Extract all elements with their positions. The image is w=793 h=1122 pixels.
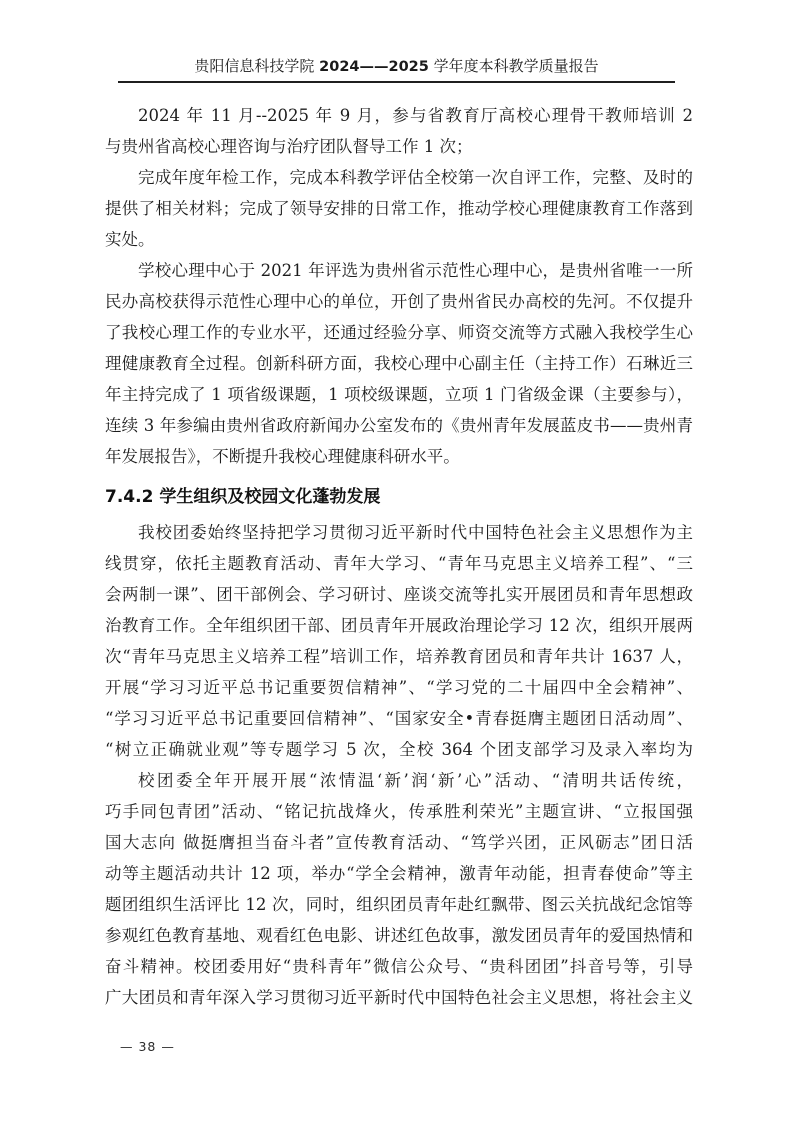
text-line: 与贵州省高校心理咨询与治疗团队督导工作 1 次； [105, 131, 693, 162]
text-line: 巧手同包青团”活动、“铭记抗战烽火，传承胜利荣光”主题宣讲、“立报国强 [105, 796, 693, 827]
header-title-years: 2024——2025 [319, 59, 429, 75]
header-title-suffix: 学年度本科教学质量报告 [429, 57, 599, 75]
text-line: 我校团委始终坚持把学习贯彻习近平新时代中国特色社会主义思想作为主 [105, 517, 693, 548]
header-rule [118, 81, 675, 83]
text-line: 实处。 [105, 224, 693, 255]
text-line: 题团组织生活评比 12 次，同时，组织团员青年赴红飘带、图云关抗战纪念馆等 [105, 889, 693, 920]
text-line: 理健康教育全过程。创新科研方面，我校心理中心副主任（主持工作）石琳近三 [105, 348, 693, 379]
page-header-title: 贵阳信息科技学院 2024——2025 学年度本科教学质量报告 [0, 56, 793, 77]
page-footer: — 38 — [120, 1039, 175, 1054]
page-number: — 38 — [120, 1039, 175, 1054]
text-line: 校团委全年开展开展“浓情温‘新’润‘新’心”活动、“清明共话传统， [105, 765, 693, 796]
text-line: 完成年度年检工作，完成本科教学评估全校第一次自评工作，完整、及时的 [105, 162, 693, 193]
text-line: 民办高校获得示范性心理中心的单位，开创了贵州省民办高校的先河。不仅提升 [105, 286, 693, 317]
text-line: 广大团员和青年深入学习贯彻习近平新时代中国特色社会主义思想，将社会主义 [105, 982, 693, 1013]
text-line: 开展“学习习近平总书记重要贺信精神”、“学习党的二十届四中全会精神”、 [105, 672, 693, 703]
text-line: 国大志向 做挺膺担当奋斗者”宣传教育活动、“笃学兴团，正风砺志”团日活 [105, 827, 693, 858]
header-title-prefix: 贵阳信息科技学院 [194, 57, 319, 75]
text-line: 会两制一课”、团干部例会、学习研讨、座谈交流等扎实开展团员和青年思想政 [105, 579, 693, 610]
text-line: 学校心理中心于 2021 年评选为贵州省示范性心理中心，是贵州省唯一一所 [105, 255, 693, 286]
text-line: 治教育工作。全年组织团干部、团员青年开展政治理论学习 12 次，组织开展两 [105, 610, 693, 641]
text-line: 年主持完成了 1 项省级课题，1 项校级课题，立项 1 门省级金课（主要参与）， [105, 379, 693, 410]
text-line: 提供了相关材料；完成了领导安排的日常工作，推动学校心理健康教育工作落到 [105, 193, 693, 224]
text-line: 线贯穿，依托主题教育活动、青年大学习、“青年马克思主义培养工程”、“三 [105, 548, 693, 579]
document-body: 2024 年 11 月--2025 年 9 月，参与省教育厅高校心理骨干教师培训… [105, 100, 693, 1013]
text-line: 年发展报告》，不断提升我校心理健康科研水平。 [105, 441, 693, 472]
text-line: “树立正确就业观”等专题学习 5 次，全校 364 个团支部学习及录入率均为 1… [105, 734, 693, 765]
paragraph-annual-inspection: 完成年度年检工作，完成本科教学评估全校第一次自评工作，完整、及时的 提供了相关材… [105, 162, 693, 255]
text-line: 奋斗精神。校团委用好“贵科青年”微信公众号、“贵科团团”抖音号等，引导 [105, 951, 693, 982]
paragraph-psych-training: 2024 年 11 月--2025 年 9 月，参与省教育厅高校心理骨干教师培训… [105, 100, 693, 162]
text-line: 2024 年 11 月--2025 年 9 月，参与省教育厅高校心理骨干教师培训… [105, 100, 693, 131]
text-line: 了我校心理工作的专业水平，还通过经验分享、师资交流等方式融入我校学生心 [105, 317, 693, 348]
text-line: 参观红色教育基地、观看红色电影、讲述红色故事，激发团员青年的爱国热情和 [105, 920, 693, 951]
text-line: 连续 3 年参编由贵州省政府新闻办公室发布的《贵州青年发展蓝皮书——贵州青 [105, 410, 693, 441]
paragraph-psych-center: 学校心理中心于 2021 年评选为贵州省示范性心理中心，是贵州省唯一一所 民办高… [105, 255, 693, 472]
text-line: “学习习近平总书记重要回信精神”、“国家安全•青春挺膺主题团日活动周”、 [105, 703, 693, 734]
text-line: 动等主题活动共计 12 项，举办“学全会精神，激青年动能，担青春使命”等主 [105, 858, 693, 889]
paragraph-league-activities: 校团委全年开展开展“浓情温‘新’润‘新’心”活动、“清明共话传统， 巧手同包青团… [105, 765, 693, 1013]
section-heading-7-4-2: 7.4.2 学生组织及校园文化蓬勃发展 [105, 482, 693, 513]
text-line: 次“青年马克思主义培养工程”培训工作，培养教育团员和青年共计 1637 人， [105, 641, 693, 672]
paragraph-league-education: 我校团委始终坚持把学习贯彻习近平新时代中国特色社会主义思想作为主 线贯穿，依托主… [105, 517, 693, 765]
document-page: 贵阳信息科技学院 2024——2025 学年度本科教学质量报告 2024 年 1… [0, 0, 793, 1122]
